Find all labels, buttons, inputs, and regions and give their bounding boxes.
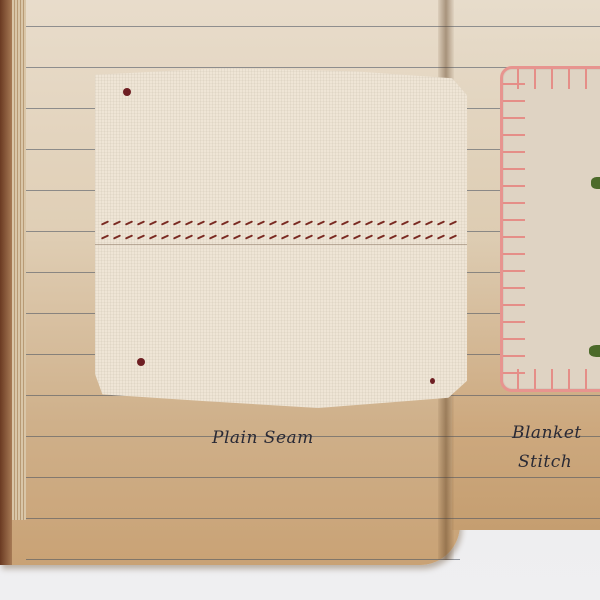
running-stitch <box>125 234 133 239</box>
running-stitch <box>389 234 397 239</box>
running-stitch <box>305 234 313 239</box>
running-stitch <box>389 220 397 225</box>
plain-seam-fabric-swatch <box>95 68 467 408</box>
blanket-stitch-left-edge <box>503 69 525 389</box>
running-stitch <box>413 220 421 225</box>
running-stitch <box>305 220 313 225</box>
running-stitch <box>233 234 241 239</box>
running-stitch <box>281 234 289 239</box>
running-stitch <box>185 234 193 239</box>
running-stitch <box>329 234 337 239</box>
running-stitch <box>173 220 181 225</box>
running-stitch <box>437 220 445 225</box>
blanket-stitch-top-edge <box>503 69 600 89</box>
running-stitch <box>317 220 325 225</box>
running-stitch <box>377 234 385 239</box>
running-stitch <box>401 234 409 239</box>
running-stitch <box>197 234 205 239</box>
running-stitch <box>209 220 217 225</box>
running-stitch <box>257 234 265 239</box>
running-stitch <box>281 220 289 225</box>
running-stitch <box>173 234 181 239</box>
running-stitch <box>185 220 193 225</box>
seam-stitch-row-bottom <box>95 232 467 246</box>
running-stitch <box>101 234 109 239</box>
running-stitch <box>365 220 373 225</box>
running-stitch <box>137 234 145 239</box>
running-stitch <box>353 234 361 239</box>
seam-stitch-row-top <box>95 216 467 230</box>
thread-knot <box>137 358 145 366</box>
running-stitch <box>221 220 229 225</box>
running-stitch <box>425 220 433 225</box>
running-stitch <box>449 220 457 225</box>
running-stitch <box>413 234 421 239</box>
running-stitch <box>317 234 325 239</box>
running-stitch <box>125 220 133 225</box>
running-stitch <box>137 220 145 225</box>
running-stitch <box>269 220 277 225</box>
running-stitch <box>221 234 229 239</box>
running-stitch <box>161 220 169 225</box>
blanket-stitch-bottom-edge <box>503 369 600 389</box>
running-stitch <box>449 234 457 239</box>
running-stitch <box>329 220 337 225</box>
photo-scene: Plain Seam Blanket Stitch <box>0 0 600 600</box>
running-stitch <box>341 234 349 239</box>
running-stitch <box>269 234 277 239</box>
running-stitch <box>209 234 217 239</box>
running-stitch <box>293 220 301 225</box>
running-stitch <box>401 220 409 225</box>
running-stitch <box>101 220 109 225</box>
green-embroidery <box>589 345 600 357</box>
blanket-caption-line1: Blanket <box>512 423 582 443</box>
running-stitch <box>341 220 349 225</box>
running-stitch <box>113 234 121 239</box>
running-stitch <box>293 234 301 239</box>
running-stitch <box>425 234 433 239</box>
running-stitch <box>353 220 361 225</box>
running-stitch <box>245 220 253 225</box>
running-stitch <box>161 234 169 239</box>
page-edges <box>12 0 26 520</box>
thread-knot <box>123 88 131 96</box>
running-stitch <box>149 234 157 239</box>
blanket-stitch-fabric-swatch <box>500 66 600 392</box>
blanket-caption-line2: Stitch <box>518 452 572 472</box>
plain-seam-caption: Plain Seam <box>212 428 314 448</box>
running-stitch <box>437 234 445 239</box>
running-stitch <box>257 220 265 225</box>
running-stitch <box>377 220 385 225</box>
green-embroidery <box>591 177 600 189</box>
running-stitch <box>233 220 241 225</box>
running-stitch <box>245 234 253 239</box>
thread-knot <box>430 378 435 384</box>
running-stitch <box>197 220 205 225</box>
running-stitch <box>365 234 373 239</box>
running-stitch <box>113 220 121 225</box>
running-stitch <box>149 220 157 225</box>
